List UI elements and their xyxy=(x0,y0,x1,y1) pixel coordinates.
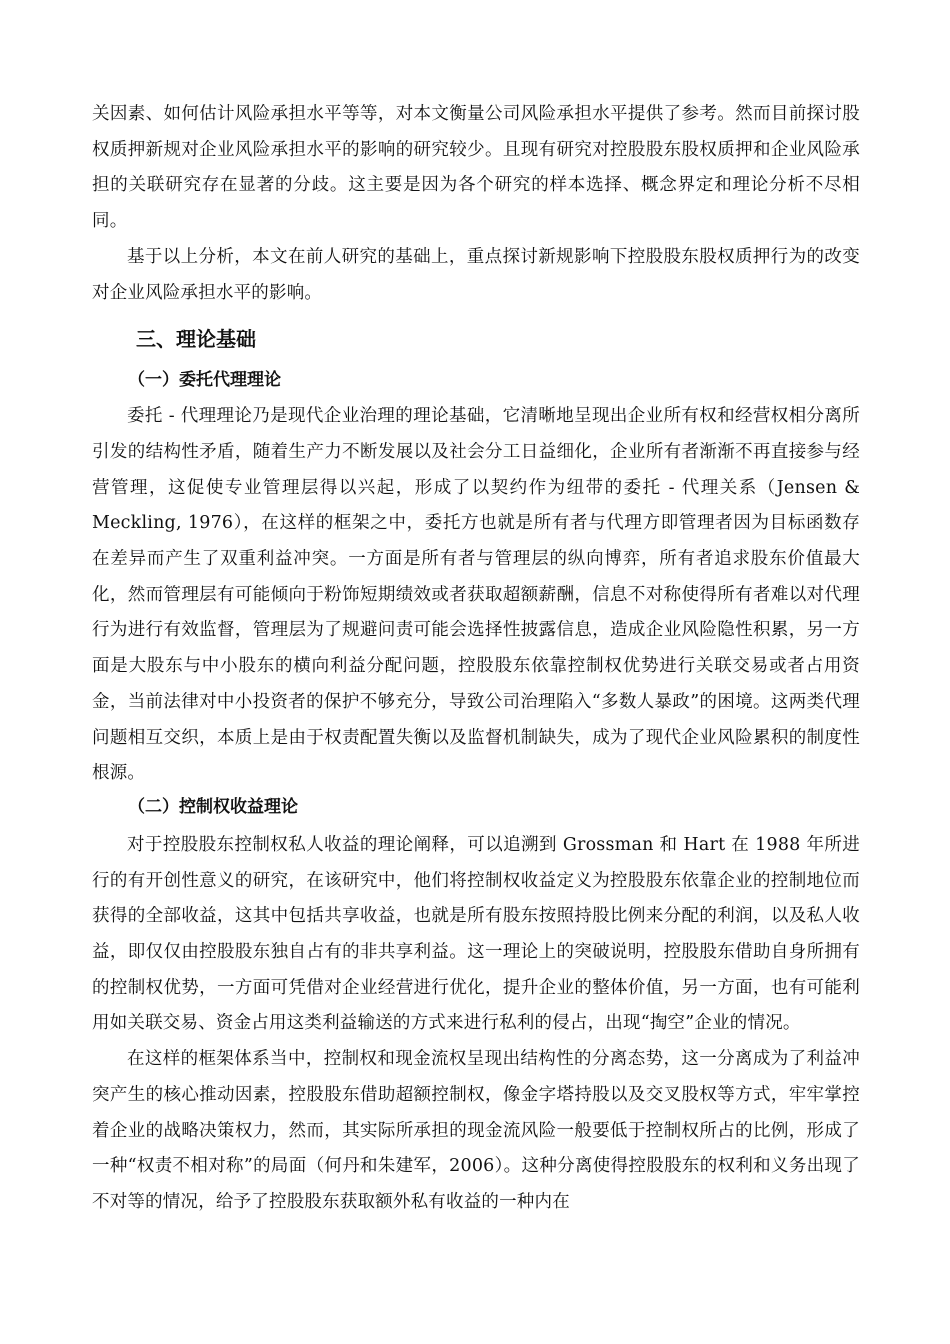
body-paragraph: 委托 - 代理理论乃是现代企业治理的理论基础，它清晰地呈现出企业所有权和经营权相… xyxy=(92,399,860,792)
body-paragraph: 基于以上分析，本文在前人研究的基础上，重点探讨新规影响下控股股东股权质押行为的改… xyxy=(92,240,860,311)
body-paragraph: 在这样的框架体系当中，控制权和现金流权呈现出结构性的分离态势，这一分离成为了利益… xyxy=(92,1042,860,1221)
document-page: 关因素、如何估计风险承担水平等等，对本文衡量公司风险承担水平提供了参考。然而目前… xyxy=(92,97,860,1221)
subsection-heading: （一）委托代理理论 xyxy=(92,361,860,399)
body-paragraph: 对于控股股东控制权私人收益的理论阐释，可以追溯到 Grossman 和 Hart… xyxy=(92,828,860,1042)
subsection-heading: （二）控制权收益理论 xyxy=(92,792,860,822)
body-paragraph: 关因素、如何估计风险承担水平等等，对本文衡量公司风险承担水平提供了参考。然而目前… xyxy=(92,97,860,240)
section-heading: 三、理论基础 xyxy=(92,317,860,361)
